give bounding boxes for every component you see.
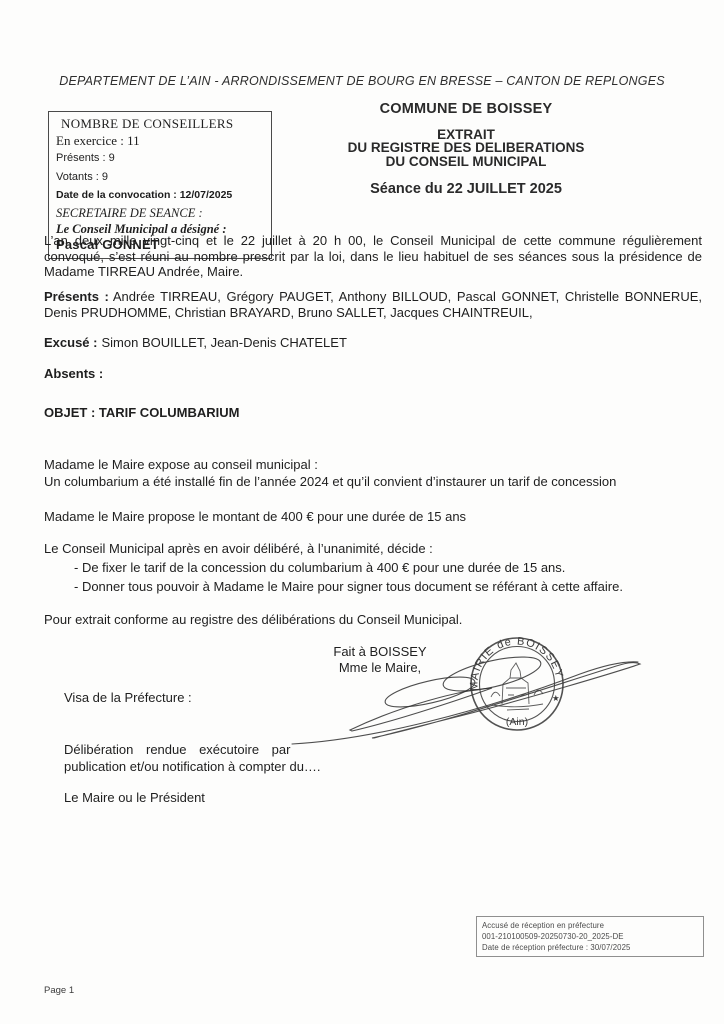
- absents-line: Absents :: [44, 366, 702, 382]
- stamp-top-text: MAIRIE de BOISSEY: [468, 635, 565, 691]
- intro-paragraph: L’an deux mille vingt-cinq et le 22 juil…: [44, 233, 702, 280]
- commune-title: COMMUNE DE BOISSEY: [262, 102, 670, 118]
- expose-line-2: Un columbarium a été installé fin de l’a…: [44, 474, 702, 491]
- maire-president-line: Le Maire ou le Président: [64, 790, 205, 806]
- reception-line-2: 001-210100509-20250730-20_2025-DE: [482, 931, 698, 942]
- mairie-stamp: MAIRIE de BOISSEY (Ain) ★: [468, 635, 565, 730]
- propose-line: Madame le Maire propose le montant de 40…: [44, 509, 702, 525]
- seance-date: Séance du 22 JUILLET 2025: [262, 182, 670, 198]
- scanned-deliberation-page: DEPARTEMENT DE L’AIN - ARRONDISSEMENT DE…: [0, 0, 724, 1024]
- reception-line-1: Accusé de réception en préfecture: [482, 920, 698, 931]
- presents-line: Présents :Andrée TIRREAU, Grégory PAUGET…: [44, 289, 702, 320]
- svg-text:MAIRIE de BOISSEY: MAIRIE de BOISSEY: [468, 635, 565, 691]
- signature-and-stamp: MAIRIE de BOISSEY (Ain) ★: [280, 628, 650, 752]
- department-header: DEPARTEMENT DE L’AIN - ARRONDISSEMENT DE…: [0, 74, 724, 90]
- executoire-block: Délibération rendue exécutoire par publi…: [64, 742, 394, 775]
- registre-title: DU REGISTRE DES DELIBERATIONS: [262, 141, 670, 155]
- decide-intro: Le Conseil Municipal après en avoir déli…: [44, 541, 702, 557]
- excuse-names: Simon BOUILLET, Jean-Denis CHATELET: [101, 335, 346, 350]
- decide-block: Le Conseil Municipal après en avoir déli…: [44, 541, 702, 595]
- counselors-en-exercice: En exercice : 11: [56, 133, 264, 149]
- handwritten-signature: [292, 650, 640, 744]
- counselors-convocation-date: Date de la convocation : 12/07/2025: [56, 188, 264, 204]
- counselors-votants: Votants : 9: [56, 170, 264, 186]
- secretaire-seance-label: SECRETAIRE DE SEANCE :: [56, 206, 264, 222]
- page-footer: Page 1: [44, 983, 74, 999]
- visa-prefecture-line: Visa de la Préfecture :: [64, 690, 192, 706]
- executoire-line-2: publication et/ou notification à compter…: [64, 759, 394, 776]
- expose-line-1: Madame le Maire expose au conseil munici…: [44, 457, 702, 474]
- decide-item: - Donner tous pouvoir à Madame le Maire …: [44, 579, 702, 595]
- presents-label: Présents :: [44, 289, 109, 304]
- excuse-line: Excusé :Simon BOUILLET, Jean-Denis CHATE…: [44, 335, 702, 351]
- stamp-bottom-text: (Ain): [506, 716, 528, 728]
- executoire-line-1: Délibération rendue exécutoire par: [64, 742, 394, 759]
- counselors-presents: Présents : 9: [56, 151, 264, 167]
- reception-box: Accusé de réception en préfecture 001-21…: [476, 916, 704, 957]
- excuse-label: Excusé :: [44, 335, 97, 350]
- conseil-title: DU CONSEIL MUNICIPAL: [262, 155, 670, 169]
- counselors-box-title: NOMBRE DE CONSEILLERS: [56, 116, 264, 132]
- expose-block: Madame le Maire expose au conseil munici…: [44, 457, 702, 490]
- decide-item: - De fixer le tarif de la concession du …: [44, 560, 702, 576]
- reception-line-3: Date de réception préfecture : 30/07/202…: [482, 942, 698, 953]
- extrait-title: EXTRAIT: [262, 128, 670, 142]
- extrait-conforme-line: Pour extrait conforme au registre des dé…: [44, 612, 702, 628]
- presents-names: Andrée TIRREAU, Grégory PAUGET, Anthony …: [44, 289, 702, 320]
- objet-line: OBJET : TARIF COLUMBARIUM: [44, 405, 702, 421]
- title-block: COMMUNE DE BOISSEY EXTRAIT DU REGISTRE D…: [262, 102, 670, 198]
- stamp-star-icon: ★: [552, 693, 560, 703]
